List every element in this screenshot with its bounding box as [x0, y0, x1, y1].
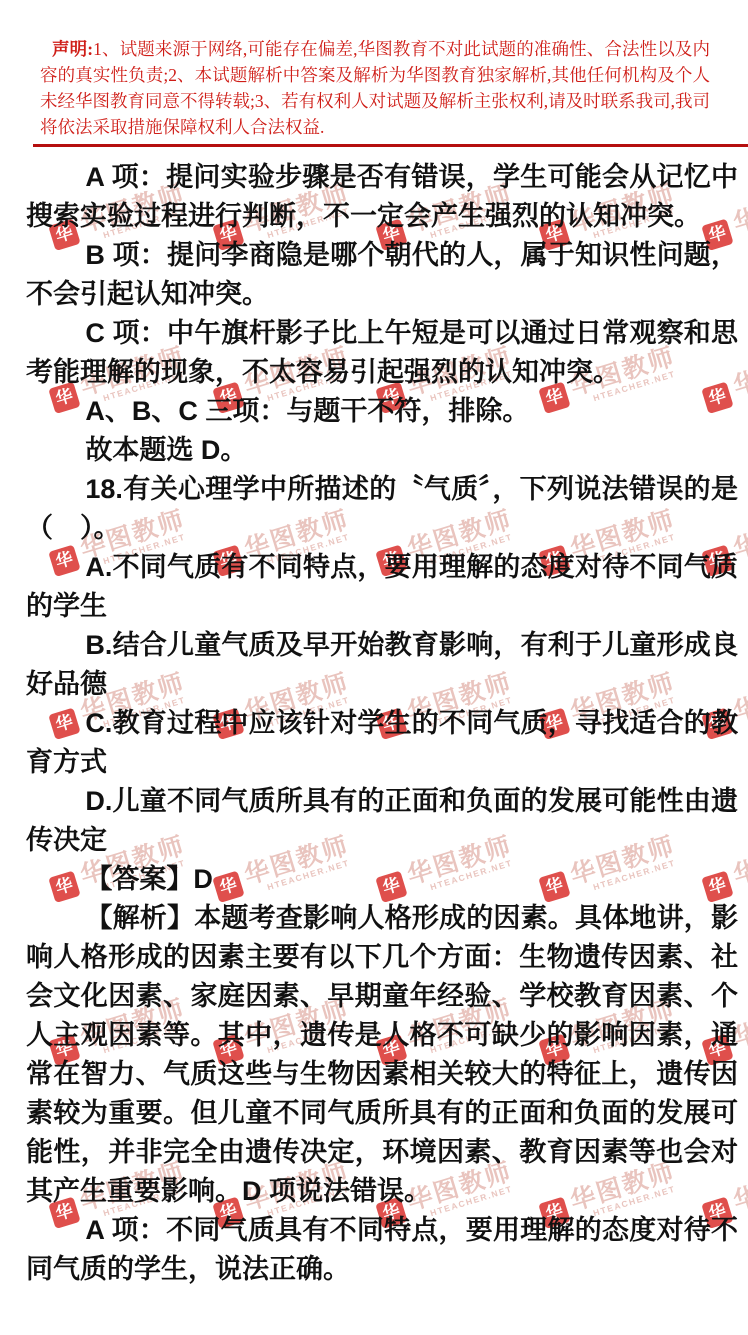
- answer-analysis-body: A 项：提问实验步骤是否有错误，学生可能会从记忆中搜索实验过程进行判断，不一定会…: [0, 158, 748, 1289]
- paragraph-answer-conclusion: 故本题选 D。: [26, 431, 738, 470]
- document-page: 华华图教师HTEACHER.NET华华图教师HTEACHER.NET华华图教师H…: [0, 0, 748, 1335]
- paragraph-abc-conclusion: A、B、C 三项：与题干不符，排除。: [26, 392, 738, 431]
- paragraph-option-b-analysis: B 项：提问李商隐是哪个朝代的人，属于知识性问题，不会引起认知冲突。: [26, 236, 738, 314]
- document-content: 声明:1、试题来源于网络,可能存在偏差,华图教育不对此试题的准确性、合法性以及内…: [0, 0, 748, 1289]
- disclaimer: 声明:1、试题来源于网络,可能存在偏差,华图教育不对此试题的准确性、合法性以及内…: [0, 0, 748, 140]
- paragraph-answer-label: 【答案】D: [26, 860, 738, 899]
- paragraph-q18-option-c: C.教育过程中应该针对学生的不同气质，寻找适合的教育方式: [26, 704, 738, 782]
- paragraph-q18-option-b: B.结合儿童气质及早开始教育影响，有利于儿童形成良好品德: [26, 626, 738, 704]
- paragraph-option-c-analysis: C 项：中午旗杆影子比上午短是可以通过日常观察和思考能理解的现象，不太容易引起强…: [26, 314, 738, 392]
- paragraph-question-18: 18.有关心理学中所描述的〝气质〞，下列说法错误的是（ ）。: [26, 470, 738, 548]
- paragraph-q18-option-d: D.儿童不同气质所具有的正面和负面的发展可能性由遗传决定: [26, 782, 738, 860]
- disclaimer-text: 1、试题来源于网络,可能存在偏差,华图教育不对此试题的准确性、合法性以及内容的真…: [40, 39, 710, 137]
- paragraph-q18-option-a: A.不同气质有不同特点，要用理解的态度对待不同气质的学生: [26, 548, 738, 626]
- paragraph-analysis: 【解析】本题考查影响人格形成的因素。具体地讲，影响人格形成的因素主要有以下几个方…: [26, 899, 738, 1211]
- red-divider: [33, 144, 748, 147]
- disclaimer-label: 声明:: [52, 39, 93, 59]
- paragraph-option-a-analysis: A 项：提问实验步骤是否有错误，学生可能会从记忆中搜索实验过程进行判断，不一定会…: [26, 158, 738, 236]
- paragraph-option-a-correct: A 项：不同气质具有不同特点，要用理解的态度对待不同气质的学生，说法正确。: [26, 1211, 738, 1289]
